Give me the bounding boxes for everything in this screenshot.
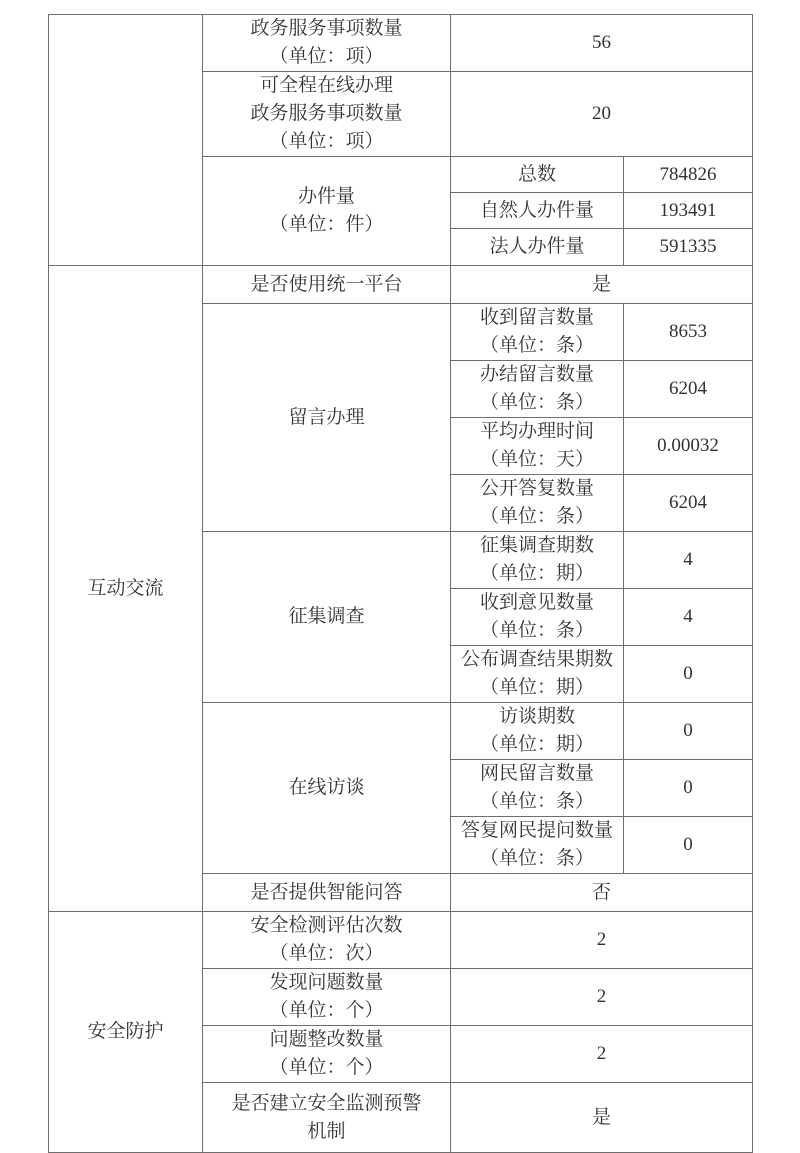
value-cell: 784826 — [624, 157, 753, 193]
value-cell: 0 — [624, 760, 753, 817]
value-cell: 6204 — [624, 361, 753, 418]
item-label-cell: 自然人办件量 — [451, 193, 624, 229]
group-label-interview: 在线访谈 — [203, 703, 451, 874]
item-label-cell: 问题整改数量 （单位：个） — [203, 1026, 451, 1083]
item-label-cell: 政务服务事项数量 （单位：项） — [203, 15, 451, 72]
item-label-cell: 答复网民提问数量 （单位：条） — [451, 817, 624, 874]
item-label-cell: 公开答复数量 （单位：条） — [451, 475, 624, 532]
value-cell: 0.00032 — [624, 418, 753, 475]
value-cell: 4 — [624, 532, 753, 589]
item-label-cell: 可全程在线办理 政务服务事项数量 （单位：项） — [203, 72, 451, 157]
value-cell: 6204 — [624, 475, 753, 532]
value-cell: 591335 — [624, 229, 753, 266]
value-cell: 0 — [624, 703, 753, 760]
item-label-cell: 是否使用统一平台 — [203, 266, 451, 304]
item-label-cell: 办结留言数量 （单位：条） — [451, 361, 624, 418]
item-label-cell: 收到意见数量 （单位：条） — [451, 589, 624, 646]
group-label-survey: 征集调查 — [203, 532, 451, 703]
value-cell: 0 — [624, 817, 753, 874]
item-label-cell: 是否建立安全监测预警 机制 — [203, 1083, 451, 1153]
value-cell: 否 — [451, 874, 753, 912]
item-label-cell: 访谈期数 （单位：期） — [451, 703, 624, 760]
value-cell: 56 — [451, 15, 753, 72]
item-label-cell: 平均办理时间 （单位：天） — [451, 418, 624, 475]
item-label-cell: 公布调查结果期数 （单位：期） — [451, 646, 624, 703]
report-page: 政务服务事项数量 （单位：项） 56 可全程在线办理 政务服务事项数量 （单位：… — [0, 0, 800, 1141]
value-cell: 20 — [451, 72, 753, 157]
group-label-case-volume: 办件量 （单位：件） — [203, 157, 451, 266]
item-label-cell: 法人办件量 — [451, 229, 624, 266]
table-row: 安全防护 安全检测评估次数 （单位：次） 2 — [49, 912, 753, 969]
value-cell: 4 — [624, 589, 753, 646]
category-cell-security: 安全防护 — [49, 912, 203, 1153]
item-label-cell: 发现问题数量 （单位：个） — [203, 969, 451, 1026]
item-label-cell: 收到留言数量 （单位：条） — [451, 304, 624, 361]
table-row: 互动交流 是否使用统一平台 是 — [49, 266, 753, 304]
value-cell: 8653 — [624, 304, 753, 361]
table-row: 政务服务事项数量 （单位：项） 56 — [49, 15, 753, 72]
item-label-cell: 是否提供智能问答 — [203, 874, 451, 912]
value-cell: 是 — [451, 1083, 753, 1153]
item-label-cell: 征集调查期数 （单位：期） — [451, 532, 624, 589]
value-cell: 2 — [451, 1026, 753, 1083]
value-cell: 是 — [451, 266, 753, 304]
item-label-cell: 总数 — [451, 157, 624, 193]
value-cell: 2 — [451, 969, 753, 1026]
value-cell: 0 — [624, 646, 753, 703]
value-cell: 193491 — [624, 193, 753, 229]
item-label-cell: 安全检测评估次数 （单位：次） — [203, 912, 451, 969]
group-label-message-handling: 留言办理 — [203, 304, 451, 532]
item-label-cell: 网民留言数量 （单位：条） — [451, 760, 624, 817]
category-cell-top — [49, 15, 203, 266]
value-cell: 2 — [451, 912, 753, 969]
report-table: 政务服务事项数量 （单位：项） 56 可全程在线办理 政务服务事项数量 （单位：… — [48, 14, 753, 1153]
category-cell-interaction: 互动交流 — [49, 266, 203, 912]
